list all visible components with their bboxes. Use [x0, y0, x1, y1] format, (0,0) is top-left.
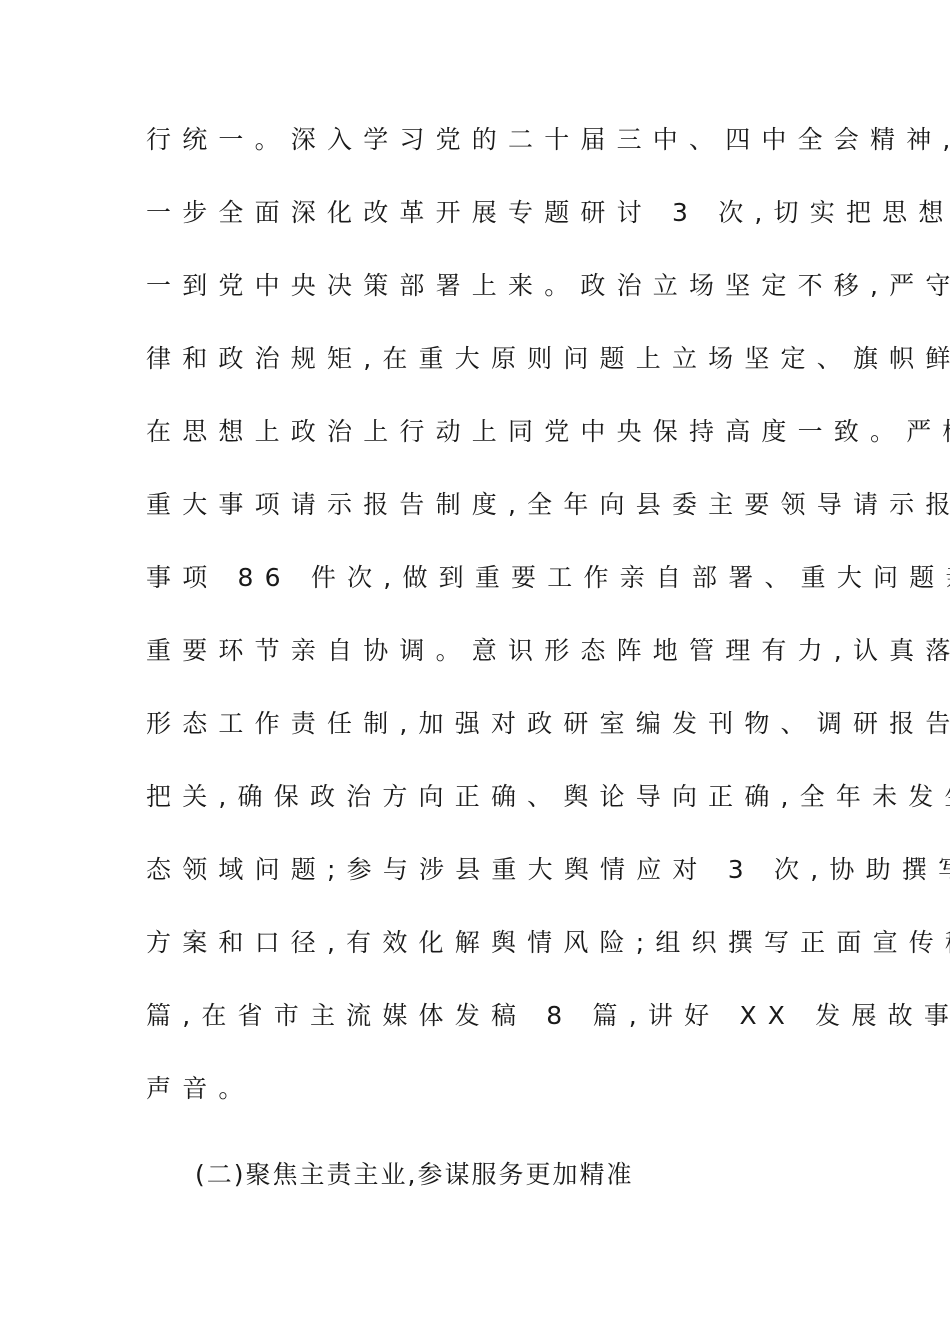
paragraph-line: 行统一。深入学习党的二十届三中、四中全会精神,围绕进 — [146, 122, 950, 158]
paragraph-line: 把关,确保政治方向正确、舆论导向正确,全年未发生意识形 — [146, 779, 950, 815]
paragraph-line: 形态工作责任制,加强对政研室编发刊物、调研报告的审核 — [146, 706, 950, 742]
section-heading: (二)聚焦主责主业,参谋服务更加精准 — [195, 1157, 633, 1193]
paragraph-line: 一到党中央决策部署上来。政治立场坚定不移,严守政治纪 — [146, 268, 950, 304]
paragraph-line: 在思想上政治上行动上同党中央保持高度一致。严格执行 — [146, 414, 950, 450]
paragraph-line: 态领域问题;参与涉县重大舆情应对 3 次,协助撰写舆情应对 — [146, 852, 950, 888]
paragraph-line: 一步全面深化改革开展专题研讨 3 次,切实把思想和行动统 — [146, 195, 950, 231]
paragraph-line: 方案和口径,有效化解舆情风险;组织撰写正面宣传稿件 12 — [146, 925, 950, 961]
paragraph-line: 律和政治规矩,在重大原则问题上立场坚定、旗帜鲜明,自觉 — [146, 341, 950, 377]
paragraph-line: 事项 86 件次,做到重要工作亲自部署、重大问题亲自过问、 — [146, 560, 950, 596]
paragraph-line: 篇,在省市主流媒体发稿 8 篇,讲好 XX 发展故事、传播 XX 好 — [146, 998, 950, 1034]
paragraph-line: 声音。 — [146, 1071, 255, 1107]
paragraph-line: 重大事项请示报告制度,全年向县委主要领导请示报告重要 — [146, 487, 950, 523]
paragraph-line: 重要环节亲自协调。意识形态阵地管理有力,认真落实意识 — [146, 633, 950, 669]
document-page: 行统一。深入学习党的二十届三中、四中全会精神,围绕进 一步全面深化改革开展专题研… — [0, 0, 950, 1344]
